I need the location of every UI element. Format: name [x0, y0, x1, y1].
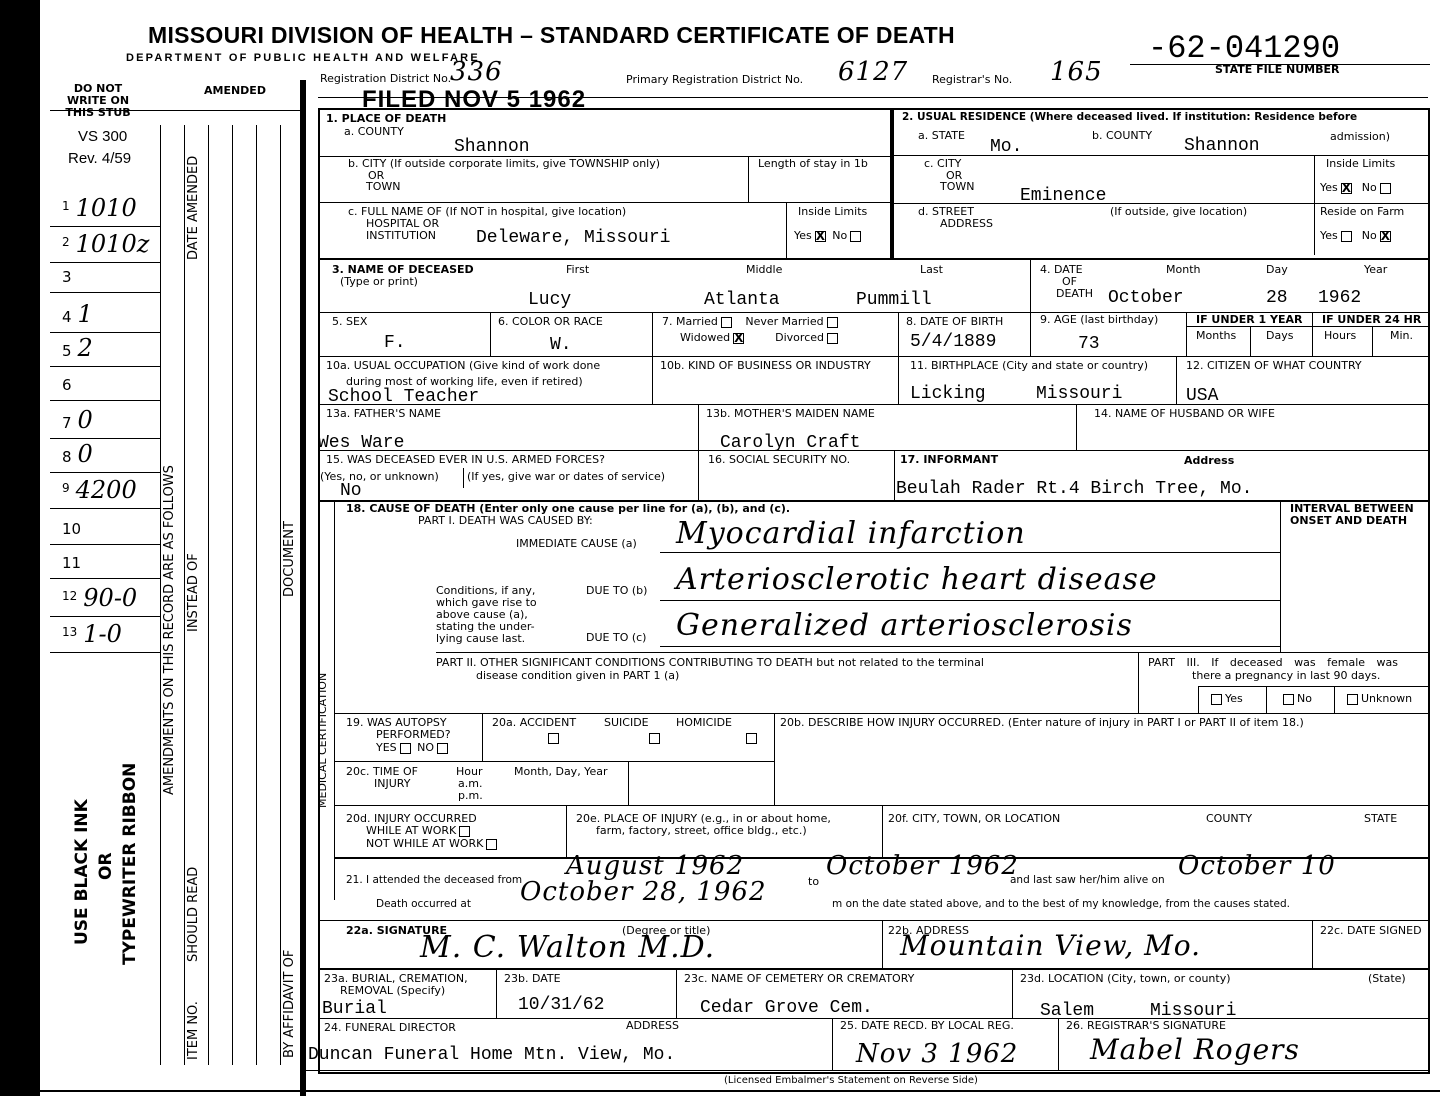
residence-street-hint: (If outside, give location) [1110, 206, 1247, 218]
while-at-work-checkbox[interactable] [459, 826, 470, 837]
sex-label: 5. SEX [332, 316, 367, 328]
reside-on-farm-checkboxes: Yes NoX [1320, 230, 1394, 242]
registration-district-label: Registration District No. [320, 73, 451, 85]
part3-label-2: there a pregnancy in last 90 days. [1192, 670, 1380, 682]
pregnancy-no-checkbox[interactable] [1283, 694, 1294, 705]
conditions-note: Conditions, if any, which gave rise to a… [436, 585, 537, 645]
stub-item-value: 1-0 [83, 620, 122, 648]
stub-item-number: 1 [62, 199, 70, 213]
death-occurred-label: Death occurred at [376, 898, 471, 910]
stub-item: 80 [62, 440, 93, 468]
date-signed-label: 22c. DATE SIGNED [1320, 925, 1422, 937]
stub-item-number: 12 [62, 589, 77, 603]
part2-label-2: disease condition given in PART 1 (a) [476, 670, 679, 682]
injury-county-label: COUNTY [1206, 813, 1252, 825]
location-label: 23d. LOCATION (City, town, or county) [1020, 973, 1231, 985]
stub-item-number: 8 [62, 448, 72, 466]
not-while-at-work-checkbox[interactable] [486, 839, 497, 850]
stub-item: 6 [62, 368, 78, 396]
due-to-c-value: Generalized arteriosclerosis [676, 610, 1133, 642]
hospital-value: Deleware, Missouri [476, 228, 670, 248]
pm-label: p.m. [458, 790, 483, 802]
amended-label: AMENDED [204, 85, 266, 97]
location-state-label: (State) [1368, 973, 1406, 985]
days-label: Days [1266, 330, 1293, 342]
hospital-label-3: INSTITUTION [366, 230, 436, 242]
disposition-label-2: REMOVAL (Specify) [340, 985, 445, 997]
stub-item-value: 2 [78, 334, 93, 362]
while-at-work: WHILE AT WORK [366, 825, 473, 837]
medical-certification-label: MEDICAL CERTIFICATION [316, 673, 329, 808]
divorced-label: Divorced [775, 331, 824, 344]
homicide-checkbox[interactable] [746, 733, 757, 744]
pregnancy-unknown-label: Unknown [1361, 692, 1412, 705]
farm-yes-checkbox[interactable] [1341, 231, 1352, 242]
pregnancy-yes-label: Yes [1225, 692, 1243, 705]
pod-county-label: a. COUNTY [344, 126, 404, 138]
stub-item-number: 6 [62, 376, 72, 394]
mother-label: 13b. MOTHER'S MAIDEN NAME [706, 408, 875, 420]
stub-item-number: 4 [62, 308, 72, 326]
stub-item: 10 [62, 512, 87, 540]
burial-date-label: 23b. DATE [504, 973, 561, 985]
under-24-hr-label: IF UNDER 24 HR [1322, 314, 1421, 326]
stub-item-number: 5 [62, 342, 72, 360]
embalmer-note: (Licensed Embalmer's Statement on Revers… [724, 1075, 978, 1087]
stub-item: 94200 [62, 476, 137, 504]
stub-item-number: 7 [62, 414, 72, 432]
married-checkbox[interactable] [721, 317, 732, 328]
age-label: 9. AGE (last birthday) [1040, 314, 1158, 326]
stub-item-value: 1010z [76, 230, 150, 258]
registration-district-value: 336 [450, 56, 503, 88]
residence-county-value: Shannon [1184, 136, 1260, 156]
armed-forces-hint-1: (Yes, no, or unknown) [320, 471, 439, 483]
birthplace-label: 11. BIRTHPLACE (City and state or countr… [910, 360, 1148, 372]
registrar-signature-label: 26. REGISTRAR'S SIGNATURE [1066, 1020, 1226, 1032]
race-value: W. [550, 335, 572, 355]
reside-on-farm-label: Reside on Farm [1320, 206, 1404, 218]
stub-item: 52 [62, 334, 93, 362]
armed-forces-value: No [340, 481, 362, 501]
stub-item: 41 [62, 300, 93, 328]
form-rev: Rev. 4/59 [68, 150, 131, 167]
farm-no-checkbox[interactable]: X [1380, 231, 1391, 242]
stub-item-value: 4200 [76, 476, 137, 504]
autopsy-yes-checkbox[interactable] [400, 743, 411, 754]
burial-date-value: 10/31/62 [518, 995, 604, 1015]
pregnancy-yes: Yes [1208, 693, 1243, 705]
dob-value: 5/4/1889 [910, 332, 996, 352]
widowed-label: Widowed [680, 331, 730, 344]
attended-label: 21. I attended the deceased from [346, 874, 522, 886]
autopsy-no-label: NO [417, 741, 434, 754]
pod-inside-yes-checkbox[interactable]: X [815, 231, 826, 242]
stub-item-value: 1010 [76, 194, 137, 222]
death-occurred-value: October 28, 1962 [520, 876, 766, 908]
suicide-label: SUICIDE [604, 717, 649, 729]
physician-address-value: Mountain View, Mo. [900, 930, 1201, 962]
due-to-b-value: Arteriosclerotic heart disease [676, 564, 1158, 596]
registrars-no-value: 165 [1050, 56, 1103, 88]
physician-signature: M. C. Walton M.D. [420, 932, 715, 964]
stub-item: 11 [62, 546, 87, 574]
funeral-director-label: 24. FUNERAL DIRECTOR [324, 1022, 456, 1034]
place-of-injury-label-2: farm, factory, street, office bldg., etc… [596, 825, 807, 837]
date-of-death-death: DEATH [1056, 288, 1093, 300]
scan-edge-left [0, 0, 40, 1096]
immediate-cause-label: IMMEDIATE CAUSE (a) [516, 538, 637, 550]
pod-city-label: b. CITY (If outside corporate limits, gi… [348, 158, 660, 170]
stub-item: 3 [62, 260, 78, 288]
autopsy-no-checkbox[interactable] [437, 743, 448, 754]
pod-inside-limits-label: Inside Limits [798, 206, 867, 218]
sex-value: F. [384, 333, 406, 353]
pregnancy-unknown-checkbox[interactable] [1347, 694, 1358, 705]
month-label: Month [1166, 264, 1200, 276]
primary-registration-district-label: Primary Registration District No. [626, 74, 803, 86]
injury-state-label: STATE [1364, 813, 1397, 825]
cemetery-value: Cedar Grove Cem. [700, 998, 873, 1018]
funeral-address-label: ADDRESS [626, 1020, 679, 1032]
cemetery-label: 23c. NAME OF CEMETERY OR CREMATORY [684, 973, 914, 985]
marital-status: 7. Married Never Married [662, 316, 841, 328]
department-subtitle: DEPARTMENT OF PUBLIC HEALTH AND WELFARE [126, 52, 480, 64]
ssn-label: 16. SOCIAL SECURITY NO. [708, 454, 850, 466]
by-affidavit-label: BY AFFIDAVIT OF [282, 950, 297, 1058]
to-label: to [808, 876, 819, 888]
last-label: Last [920, 264, 943, 276]
form-number: VS 300 [78, 128, 127, 145]
father-label: 13a. FATHER'S NAME [326, 408, 441, 420]
first-label: First [566, 264, 589, 276]
stub-item-number: 10 [62, 520, 81, 538]
state-file-number: -62-041290 [1148, 32, 1340, 66]
time-of-injury-label-2: INJURY [374, 778, 410, 790]
stub-item: 1290-0 [62, 584, 137, 612]
stub-item-value: 90-0 [83, 584, 137, 612]
do-not-write-stub: DO NOT WRITE ON THIS STUB [58, 83, 138, 119]
pregnancy-no-label: No [1297, 692, 1312, 705]
date-amended-label: DATE AMENDED [186, 156, 201, 260]
res-inside-yes-label: Yes [1320, 181, 1338, 194]
pregnancy-no: No [1280, 693, 1312, 705]
never-married-label: Never Married [745, 315, 823, 328]
pod-inside-yes-label: Yes [794, 229, 812, 242]
birthplace-city-value: Licking [910, 384, 986, 404]
stub-item-number: 9 [62, 481, 70, 495]
citizen-value: USA [1186, 386, 1218, 406]
pod-inside-no-checkbox[interactable] [850, 231, 861, 242]
stub-divider [300, 80, 306, 1096]
item-no-label: ITEM NO. [186, 1001, 201, 1060]
stub-item-value: 0 [78, 440, 93, 468]
stub-item-number: 3 [62, 268, 72, 286]
year-label: Year [1364, 264, 1387, 276]
residence-inside-limits-label: Inside Limits [1326, 158, 1395, 170]
never-married-checkbox[interactable] [827, 317, 838, 328]
last-name-value: Pummill [856, 290, 932, 310]
pod-county-value: Shannon [454, 137, 530, 157]
last-saw-label: and last saw her/him alive on [1010, 874, 1165, 886]
typewriter-ribbon-label: TYPEWRITER RIBBON [120, 763, 140, 965]
conditions-line-5: lying cause last. [436, 633, 537, 645]
or-label: OR [96, 852, 116, 880]
pregnancy-yes-checkbox[interactable] [1211, 694, 1222, 705]
due-to-c-label: DUE TO (c) [586, 632, 646, 644]
funeral-director-value: Duncan Funeral Home Mtn. View, Mo. [308, 1045, 675, 1065]
document-label: DOCUMENT [282, 521, 297, 597]
place-of-death-label: 1. PLACE OF DEATH [326, 113, 446, 125]
residence-state-value: Mo. [990, 137, 1022, 157]
armed-forces-label: 15. WAS DECEASED EVER IN U.S. ARMED FORC… [326, 454, 605, 466]
race-label: 6. COLOR OR RACE [498, 316, 603, 328]
months-label: Months [1196, 330, 1236, 342]
informant-value: Beulah Rader Rt.4 Birch Tree, Mo. [896, 479, 1252, 499]
due-to-b-label: DUE TO (b) [586, 585, 647, 597]
registrar-signature: Mabel Rogers [1090, 1034, 1300, 1066]
pod-inside-limits-checkboxes: YesX No [794, 230, 864, 242]
marital-status-2: WidowedX Divorced [680, 332, 841, 344]
not-while-at-work-label: NOT WHILE AT WORK [366, 837, 483, 850]
length-of-stay-label: Length of stay in 1b [758, 158, 868, 170]
primary-registration-district-value: 6127 [838, 56, 908, 88]
stub-item-number: 2 [62, 235, 70, 249]
date-recd-label: 25. DATE RECD. BY LOCAL REG. [840, 1020, 1014, 1032]
res-inside-yes-checkbox[interactable]: X [1341, 183, 1352, 194]
describe-injury-label: 20b. DESCRIBE HOW INJURY OCCURRED. (Ente… [780, 717, 1304, 729]
pod-city-town: TOWN [366, 181, 400, 193]
middle-name-value: Atlanta [704, 290, 780, 310]
residence-admission: admission) [1330, 131, 1390, 143]
death-occurred-suffix: m on the date stated above, and to the b… [832, 898, 1290, 910]
informant-label: 17. INFORMANT [900, 454, 998, 466]
use-black-ink-label: USE BLACK INK [72, 799, 92, 945]
name-hint: (Type or print) [340, 276, 418, 288]
death-day-value: 28 [1266, 288, 1288, 308]
min-label: Min. [1390, 330, 1413, 342]
res-inside-no-checkbox[interactable] [1380, 183, 1391, 194]
homicide-label: HOMICIDE [676, 717, 732, 729]
marital-label: 7. [662, 315, 673, 328]
stub-item: 70 [62, 406, 93, 434]
autopsy-label-2: PERFORMED? [376, 729, 451, 741]
part1-label: PART I. DEATH WAS CAUSED BY: [418, 515, 593, 527]
autopsy-checkboxes: YES NO [376, 742, 451, 754]
while-at-work-label: WHILE AT WORK [366, 824, 456, 837]
widowed-checkbox[interactable]: X [733, 333, 744, 344]
stub-item-value: 0 [78, 406, 93, 434]
middle-label: Middle [746, 264, 782, 276]
pod-inside-no-label: No [832, 229, 847, 242]
suicide-checkbox[interactable] [649, 733, 660, 744]
death-month-value: October [1108, 288, 1184, 308]
farm-no-label: No [1362, 229, 1377, 242]
injury-city-label: 20f. CITY, TOWN, OR LOCATION [888, 813, 1060, 825]
accident-label: 20a. ACCIDENT [492, 717, 576, 729]
divorced-checkbox[interactable] [827, 333, 838, 344]
first-name-value: Lucy [528, 290, 571, 310]
certificate-title: MISSOURI DIVISION OF HEALTH – STANDARD C… [148, 22, 955, 49]
stub-item-number: 11 [62, 554, 81, 572]
disposition-value: Burial [322, 999, 387, 1019]
stub-item-value: 1 [78, 300, 93, 328]
stub-item: 11010 [62, 194, 137, 222]
stub-item: 131-0 [62, 620, 122, 648]
informant-address-label: Address [1184, 455, 1234, 467]
usual-residence-label: 2. USUAL RESIDENCE (Where deceased lived… [902, 111, 1357, 123]
part2-label: PART II. OTHER SIGNIFICANT CONDITIONS CO… [436, 657, 984, 669]
instead-of-label: INSTEAD OF [186, 553, 201, 632]
residence-city-town: TOWN [940, 181, 974, 193]
spouse-label: 14. NAME OF HUSBAND OR WIFE [1094, 408, 1275, 420]
death-year-value: 1962 [1318, 288, 1361, 308]
residence-state-label: a. STATE [918, 130, 965, 142]
part3-label: PART III. If deceased was female was [1148, 657, 1398, 669]
under-1-year-label: IF UNDER 1 YEAR [1196, 314, 1302, 326]
residence-county-label: b. COUNTY [1092, 130, 1152, 142]
day-label: Day [1266, 264, 1288, 276]
business-label: 10b. KIND OF BUSINESS OR INDUSTRY [660, 360, 871, 372]
state-file-number-label: STATE FILE NUMBER [1215, 64, 1340, 76]
pregnancy-unknown: Unknown [1344, 693, 1412, 705]
residence-street-label-2: ADDRESS [940, 218, 993, 230]
residence-inside-limits-checkboxes: YesX No [1320, 182, 1394, 194]
last-saw-value: October 10 [1178, 850, 1336, 882]
birthplace-state-value: Missouri [1036, 384, 1122, 404]
farm-yes-label: Yes [1320, 229, 1338, 242]
dob-label: 8. DATE OF BIRTH [906, 316, 1003, 328]
amendments-follows-label: AMENDMENTS ON THIS RECORD ARE AS FOLLOWS [162, 465, 177, 795]
autopsy-yes-label: YES [376, 741, 397, 754]
date-recd-value: Nov 3 1962 [856, 1038, 1018, 1070]
immediate-cause-value: Myocardial infarction [676, 518, 1026, 550]
accident-checkbox[interactable] [548, 733, 559, 744]
attended-to-value: October 1962 [826, 850, 1019, 882]
registrars-no-label: Registrar's No. [932, 74, 1012, 86]
occupation-label: 10a. USUAL OCCUPATION (Give kind of work… [326, 360, 600, 372]
hours-label: Hours [1324, 330, 1356, 342]
month-day-year-label: Month, Day, Year [514, 766, 607, 778]
should-read-label: SHOULD READ [186, 867, 201, 962]
married-label: Married [676, 315, 718, 328]
interval-label: INTERVAL BETWEEN ONSET AND DEATH [1290, 503, 1420, 527]
stub-item-number: 13 [62, 625, 77, 639]
age-value: 73 [1078, 334, 1100, 354]
stub-item: 21010z [62, 230, 149, 258]
res-inside-no-label: No [1362, 181, 1377, 194]
citizen-label: 12. CITIZEN OF WHAT COUNTRY [1186, 360, 1362, 372]
not-while-at-work: NOT WHILE AT WORK [366, 838, 500, 850]
armed-forces-hint-2: (If yes, give war or dates of service) [467, 471, 665, 483]
